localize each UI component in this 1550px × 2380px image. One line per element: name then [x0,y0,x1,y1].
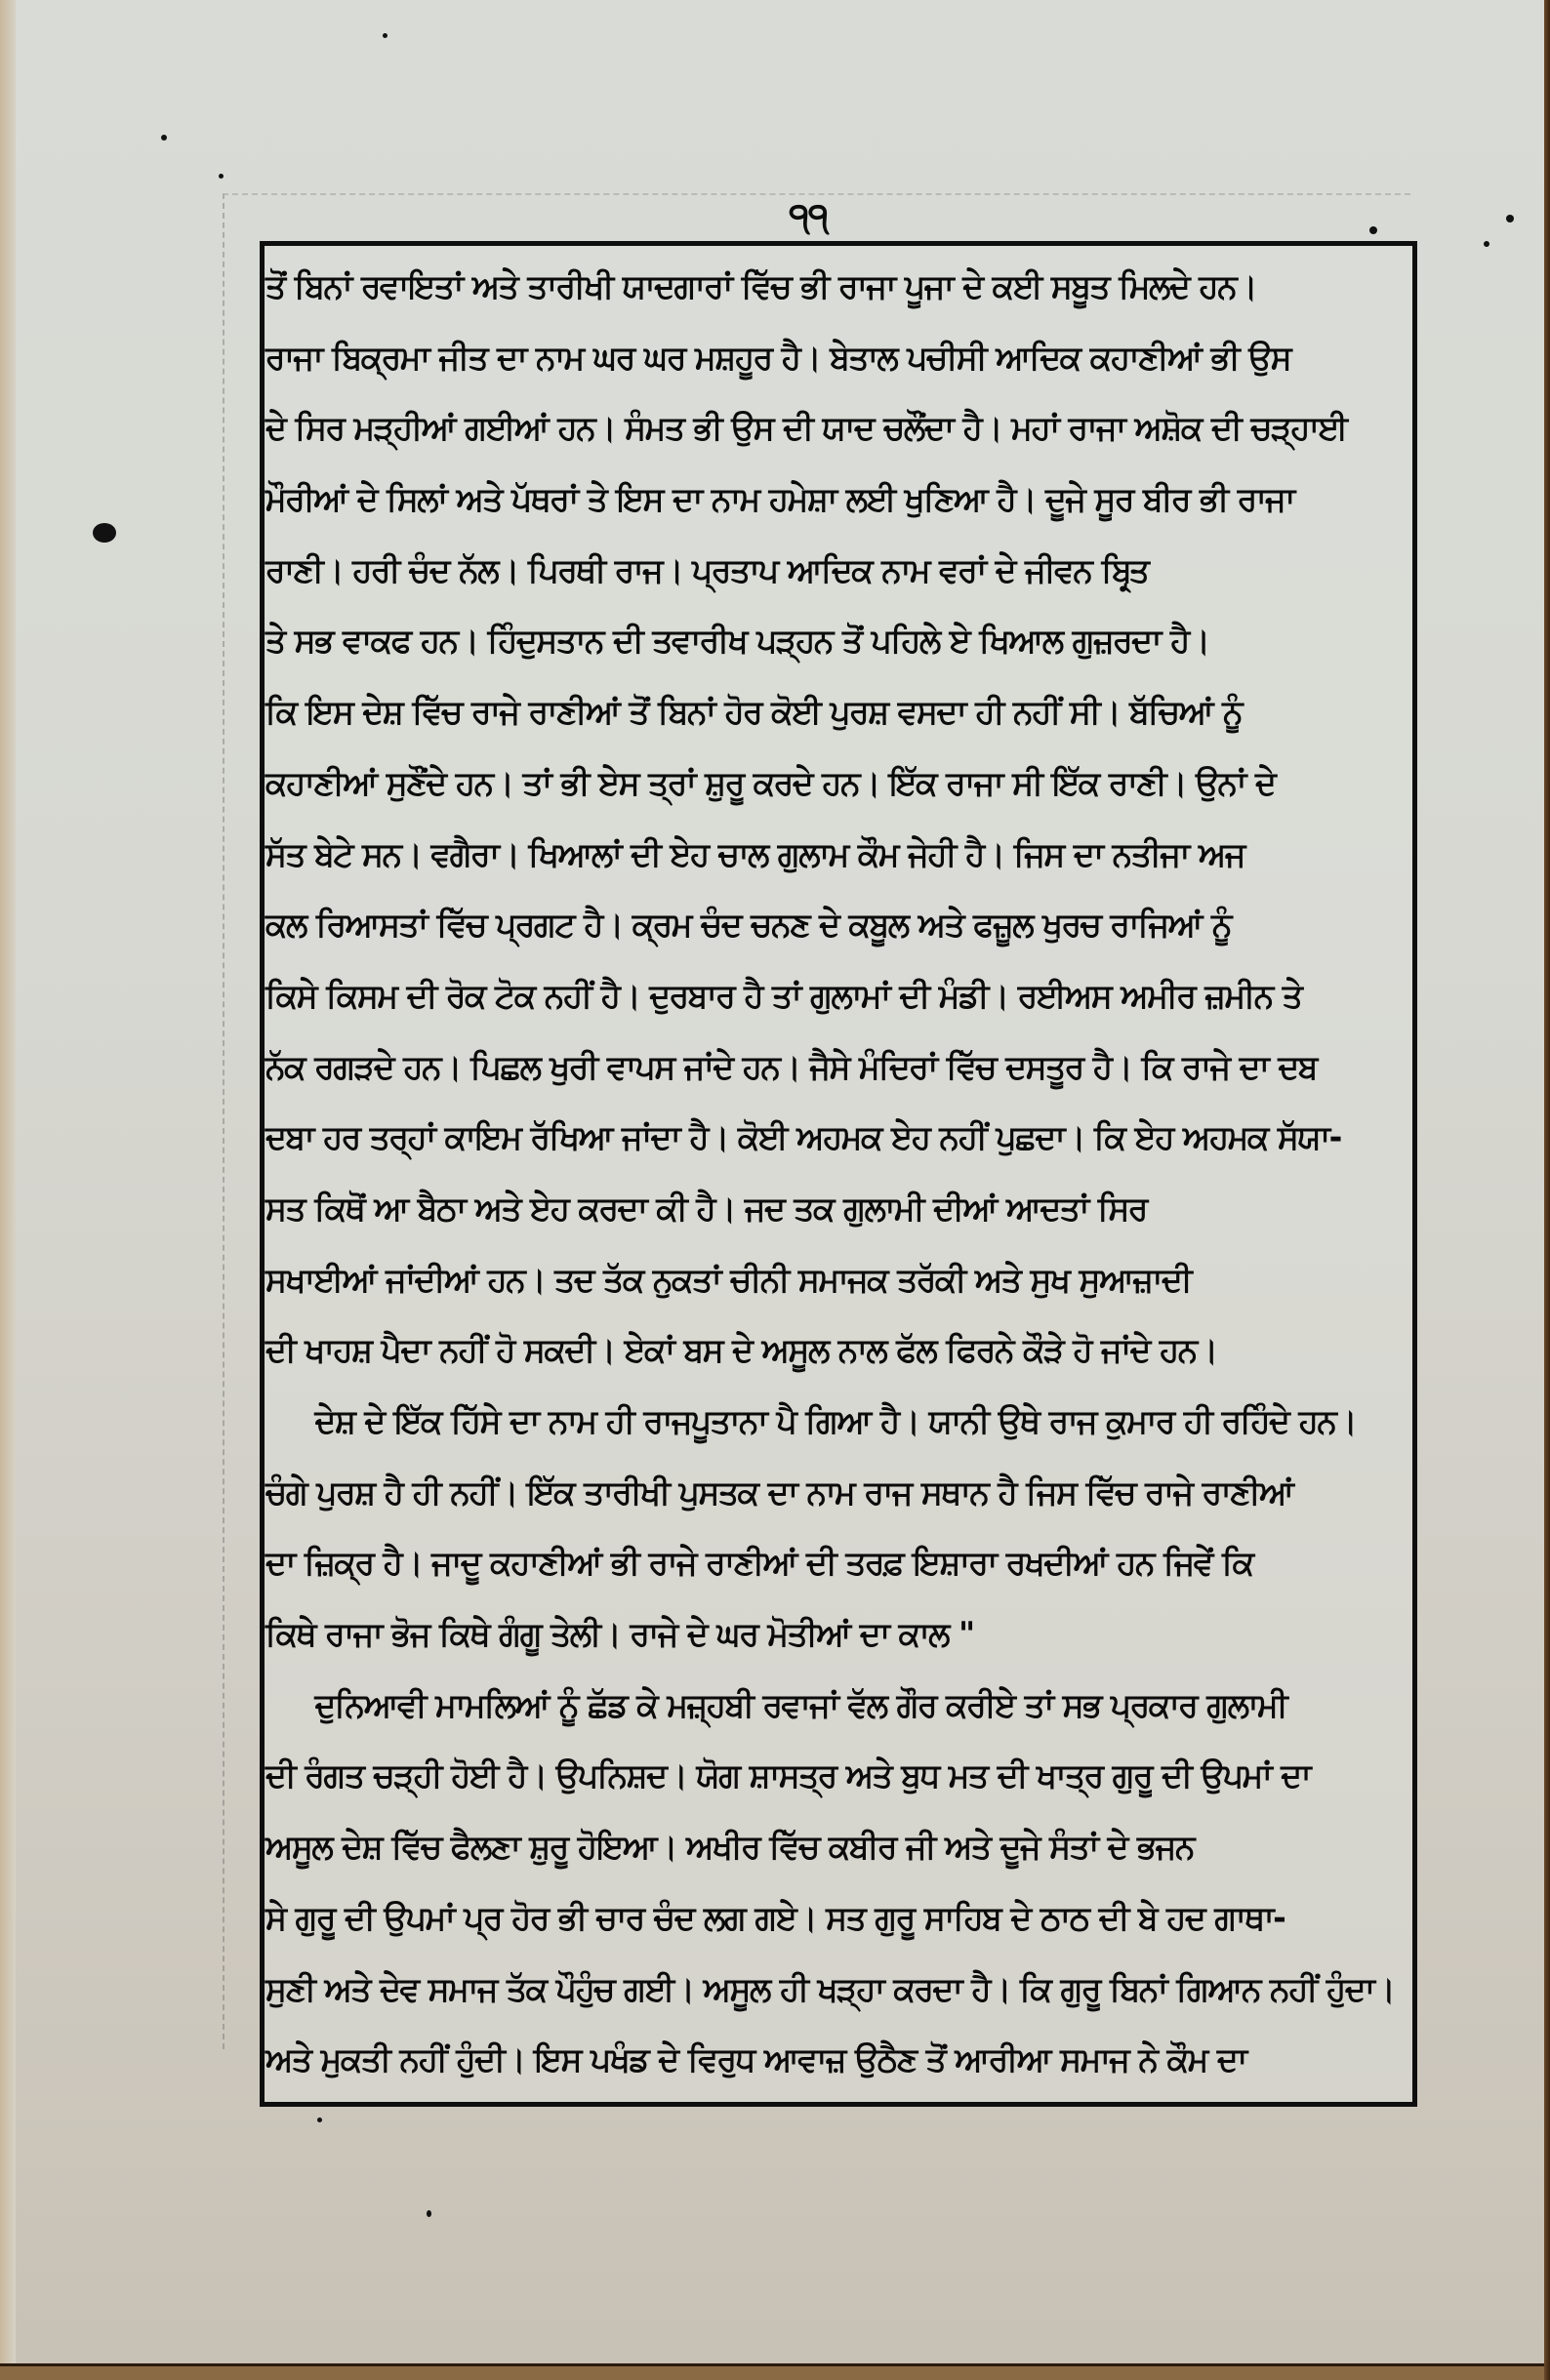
text-line: ਕਹਾਣੀਆਂ ਸੁਣੌਂਦੇ ਹਨ। ਤਾਂ ਭੀ ਏਸ ਤ੍ਰਾਂ ਸ਼ੁਰ… [265,748,1468,820]
text-line: ਨੱਕ ਰਗੜਦੇ ਹਨ। ਪਿਛਲ ਖੁਰੀ ਵਾਪਸ ਜਾਂਦੇ ਹਨ। ਜ… [265,1032,1468,1104]
quote-end-line: ਕਿਥੇ ਰਾਜਾ ਭੋਜ ਕਿਥੇ ਗੰਗੂ ਤੇਲੀ। ਰਾਜੇ ਦੇ ਘਰ… [265,1599,1468,1671]
text-line: ਅਤੇ ਮੁਕਤੀ ਨਹੀਂ ਹੁੰਦੀ। ਇਸ ਪਖੰਡ ਦੇ ਵਿਰੁਧ ਆ… [265,2025,1468,2096]
text-line: ਕਲ ਰਿਆਸਤਾਂ ਵਿੱਚ ਪ੍ਰਗਟ ਹੈ। ਕ੍ਰਮ ਚੰਦ ਚਨਣ ਦ… [265,890,1468,961]
text-line: ਮੌਰੀਆਂ ਦੇ ਸਿਲਾਂ ਅਤੇ ਪੱਥਰਾਂ ਤੇ ਇਸ ਦਾ ਨਾਮ … [265,464,1468,536]
paragraph-start-line: ਦੇਸ਼ ਦੇ ਇੱਕ ਹਿੱਸੇ ਦਾ ਨਾਮ ਹੀ ਰਾਜਪੂਤਾਨਾ ਪੈ… [265,1387,1468,1458]
text-line: ਰਾਜਾ ਬਿਕ੍ਰਮਾ ਜੀਤ ਦਾ ਨਾਮ ਘਰ ਘਰ ਮਸ਼ਹੂਰ ਹੈ।… [265,323,1468,394]
scanned-page: ੧੧ ਤੋਂ ਬਿਨਾਂ ਰਵਾਇਤਾਂ ਅਤੇ ਤਾਰੀਖੀ ਯਾਦਗਾਰਾਂ… [0,0,1544,2366]
text-line: ਚੰਗੇ ਪੁਰਸ਼ ਹੈ ਹੀ ਨਹੀਂ। ਇੱਕ ਤਾਰੀਖੀ ਪੁਸਤਕ … [265,1458,1468,1529]
text-line: ਦੀ ਰੰਗਤ ਚੜ੍ਹੀ ਹੋਈ ਹੈ। ਉਪਨਿਸ਼ਦ। ਯੋਗ ਸ਼ਾਸਤ… [265,1741,1468,1812]
text-line: ਸੇ ਗੁਰੂ ਦੀ ਉਪਮਾਂ ਪ੍ਰ ਹੋਰ ਭੀ ਚਾਰ ਚੰਦ ਲਗ ਗ… [265,1883,1468,1955]
text-line: ਅਸੂਲ ਦੇਸ਼ ਵਿੱਚ ਫੈਲਣਾ ਸ਼ੁਰੂ ਹੋਇਆ। ਅਖੀਰ ਵਿ… [265,1812,1468,1883]
text-line: ਸੱਤ ਬੇਟੇ ਸਨ। ਵਗੈਰਾ। ਖਿਆਲਾਂ ਦੀ ਏਹ ਚਾਲ ਗੁਲ… [265,820,1468,891]
text-line: ਸੁਣੀ ਅਤੇ ਦੇਵ ਸਮਾਜ ਤੱਕ ਪੌਹੁੰਚ ਗਈ। ਅਸੂਲ ਹੀ… [265,1955,1468,2026]
manuscript-text: ਤੋਂ ਬਿਨਾਂ ਰਵਾਇਤਾਂ ਅਤੇ ਤਾਰੀਖੀ ਯਾਦਗਾਰਾਂ ਵਿ… [265,252,1505,2096]
ink-spot [93,523,116,543]
page-bottom-edge [0,2363,1544,2366]
text-line: ਦਾ ਜ਼ਿਕ੍ਰ ਹੈ। ਜਾਦੂ ਕਹਾਣੀਆਂ ਭੀ ਰਾਜੇ ਰਾਣੀਆ… [265,1528,1468,1599]
text-line: ਦੀ ਖਾਹਸ਼ ਪੈਦਾ ਨਹੀਂ ਹੋ ਸਕਦੀ। ਏਕਾਂ ਬਸ ਦੇ ਅ… [265,1315,1468,1387]
ink-speck [317,2118,322,2122]
ink-speck [219,174,224,179]
text-line: ਕਿ ਇਸ ਦੇਸ਼ ਵਿੱਚ ਰਾਜੇ ਰਾਣੀਆਂ ਤੋਂ ਬਿਨਾਂ ਹੋ… [265,677,1468,748]
text-line: ਰਾਣੀ। ਹਰੀ ਚੰਦ ਨੱਲ। ਪਿਰਥੀ ਰਾਜ। ਪ੍ਰਤਾਪ ਆਦਿ… [265,536,1468,607]
text-line: ਦਬਾ ਹਰ ਤਰ੍ਹਾਂ ਕਾਇਮ ਰੱਖਿਆ ਜਾਂਦਾ ਹੈ। ਕੋਈ ਅ… [265,1103,1468,1174]
text-line: ਤੋਂ ਬਿਨਾਂ ਰਵਾਇਤਾਂ ਅਤੇ ਤਾਰੀਖੀ ਯਾਦਗਾਰਾਂ ਵਿ… [265,252,1468,323]
ink-speck [1484,241,1489,247]
ink-speck [1369,226,1377,234]
ink-speck [1506,215,1514,222]
text-line: ਦੇ ਸਿਰ ਮੜ੍ਹੀਆਂ ਗਈਆਂ ਹਨ। ਸੰਮਤ ਭੀ ਉਸ ਦੀ ਯਾ… [265,393,1468,464]
ink-speck [427,2210,431,2217]
text-line: ਸਖਾਈਆਂ ਜਾਂਦੀਆਂ ਹਨ। ਤਦ ਤੱਕ ਨੁਕਤਾਂ ਚੀਨੀ ਸਮ… [265,1245,1468,1316]
binding-edge [1544,0,1550,2380]
paragraph-start-line: ਦੁਨਿਆਵੀ ਮਾਮਲਿਆਂ ਨੂੰ ਛੱਡ ਕੇ ਮਜ਼੍ਹਬੀ ਰਵਾਜਾ… [265,1671,1468,1742]
text-line: ਕਿਸੇ ਕਿਸਮ ਦੀ ਰੋਕ ਟੋਕ ਨਹੀਂ ਹੈ। ਦੁਰਬਾਰ ਹੈ … [265,961,1468,1032]
text-line: ਸਤ ਕਿਥੋਂ ਆ ਬੈਠਾ ਅਤੇ ਏਹ ਕਰਦਾ ਕੀ ਹੈ। ਜਦ ਤਕ… [265,1174,1468,1245]
ink-speck [383,33,387,38]
ink-speck [161,135,167,141]
text-line: ਤੇ ਸਭ ਵਾਕਫ ਹਨ। ਹਿੰਦੁਸਤਾਨ ਦੀ ਤਵਾਰੀਖ ਪੜ੍ਹਨ… [265,606,1468,677]
page-number: ੧੧ [789,195,827,240]
